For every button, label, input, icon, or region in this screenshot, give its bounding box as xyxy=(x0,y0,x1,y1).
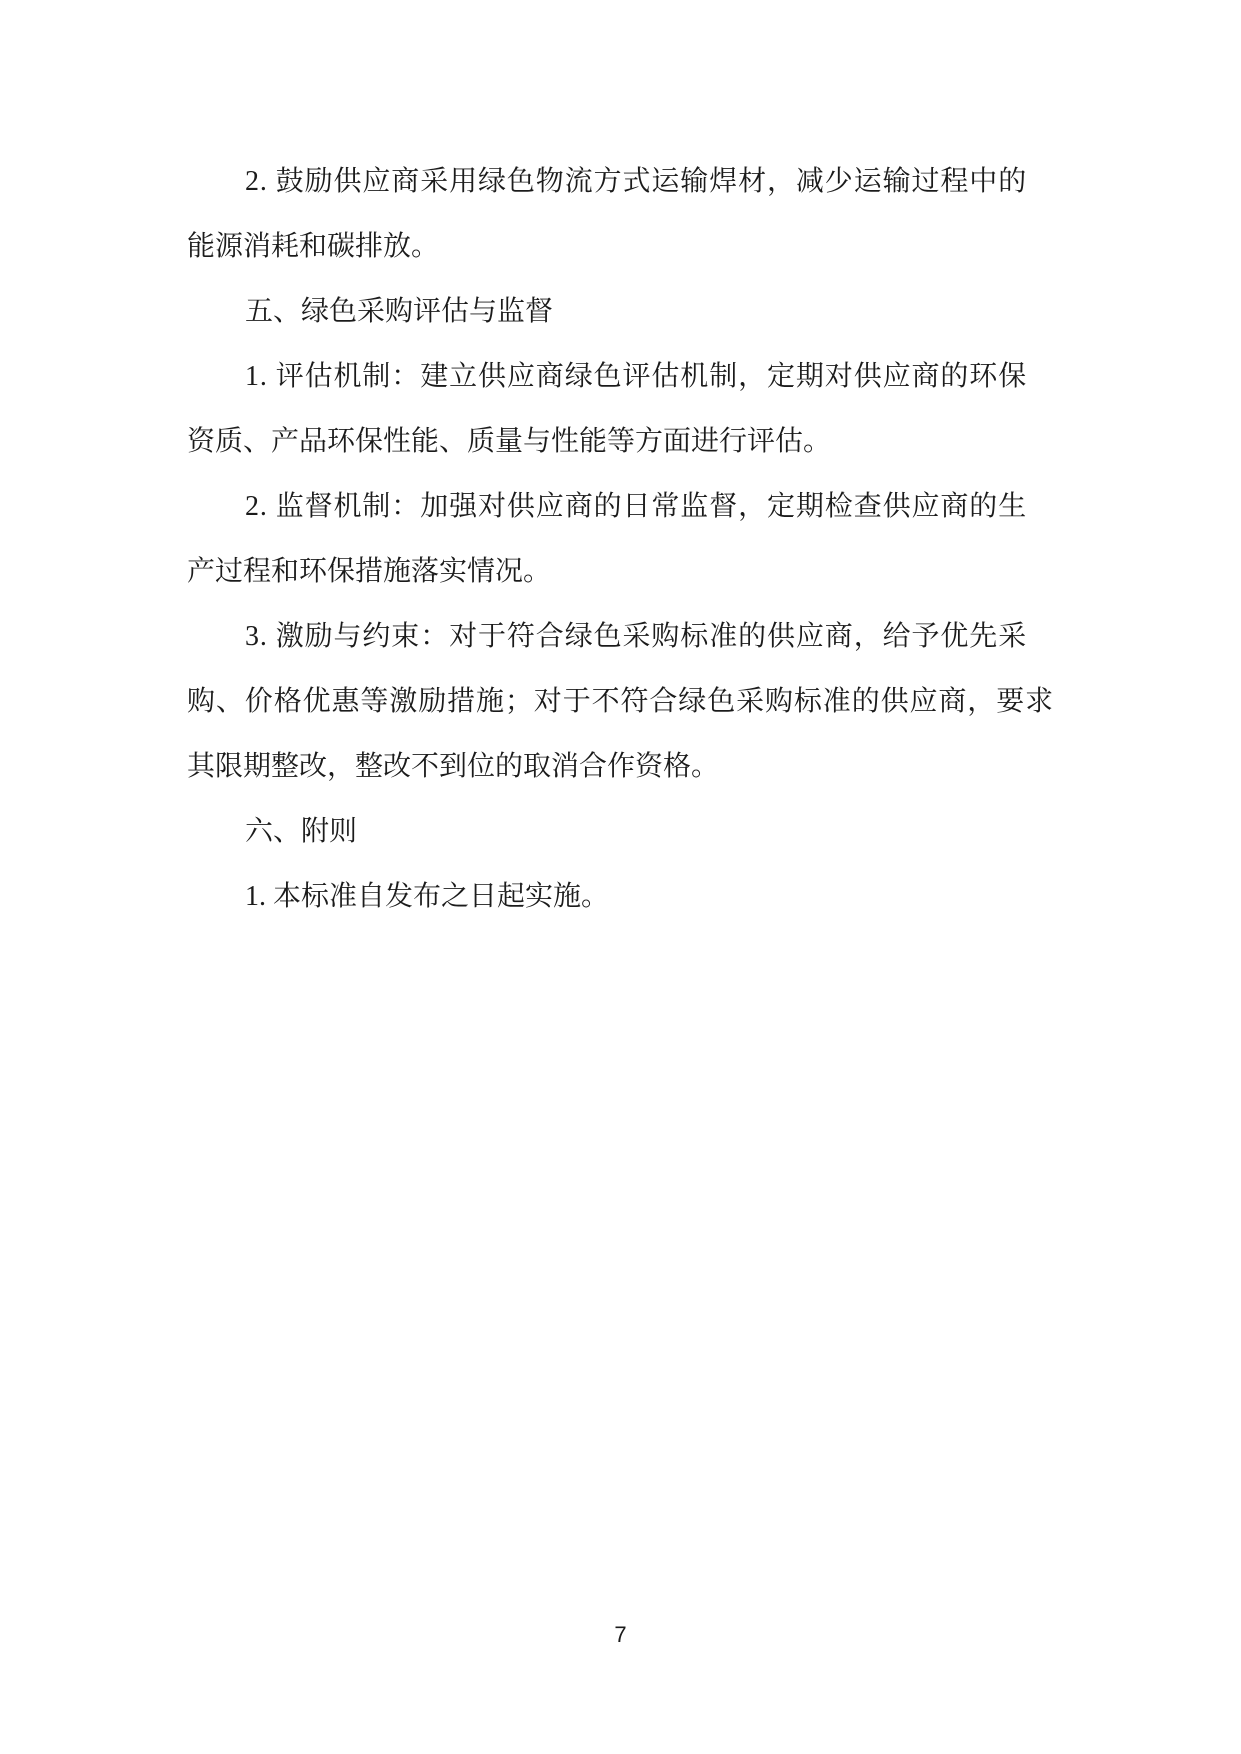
section-heading: 五、绿色采购评估与监督 xyxy=(187,279,1053,344)
body-text-line: 能源消耗和碳排放。 xyxy=(187,214,1053,279)
document-page: 2. 鼓励供应商采用绿色物流方式运输焊材，减少运输过程中的 能源消耗和碳排放。 … xyxy=(0,0,1241,1754)
page-body: 2. 鼓励供应商采用绿色物流方式运输焊材，减少运输过程中的 能源消耗和碳排放。 … xyxy=(187,149,1053,929)
section-heading: 六、附则 xyxy=(187,799,1053,864)
body-text-line: 其限期整改，整改不到位的取消合作资格。 xyxy=(187,734,1053,799)
body-text-line: 3. 激励与约束：对于符合绿色采购标准的供应商，给予优先采 xyxy=(187,604,1053,669)
body-text-line: 1. 本标准自发布之日起实施。 xyxy=(187,864,1053,929)
body-text-line: 产过程和环保措施落实情况。 xyxy=(187,539,1053,604)
page-footer: 7 xyxy=(0,1620,1241,1650)
body-text-line: 1. 评估机制：建立供应商绿色评估机制，定期对供应商的环保 xyxy=(187,344,1053,409)
body-text-line: 2. 鼓励供应商采用绿色物流方式运输焊材，减少运输过程中的 xyxy=(187,149,1053,214)
body-text-line: 2. 监督机制：加强对供应商的日常监督，定期检查供应商的生 xyxy=(187,474,1053,539)
page-number: 7 xyxy=(614,1622,626,1647)
body-text-line: 购、价格优惠等激励措施；对于不符合绿色采购标准的供应商，要求 xyxy=(187,669,1053,734)
body-text-line: 资质、产品环保性能、质量与性能等方面进行评估。 xyxy=(187,409,1053,474)
